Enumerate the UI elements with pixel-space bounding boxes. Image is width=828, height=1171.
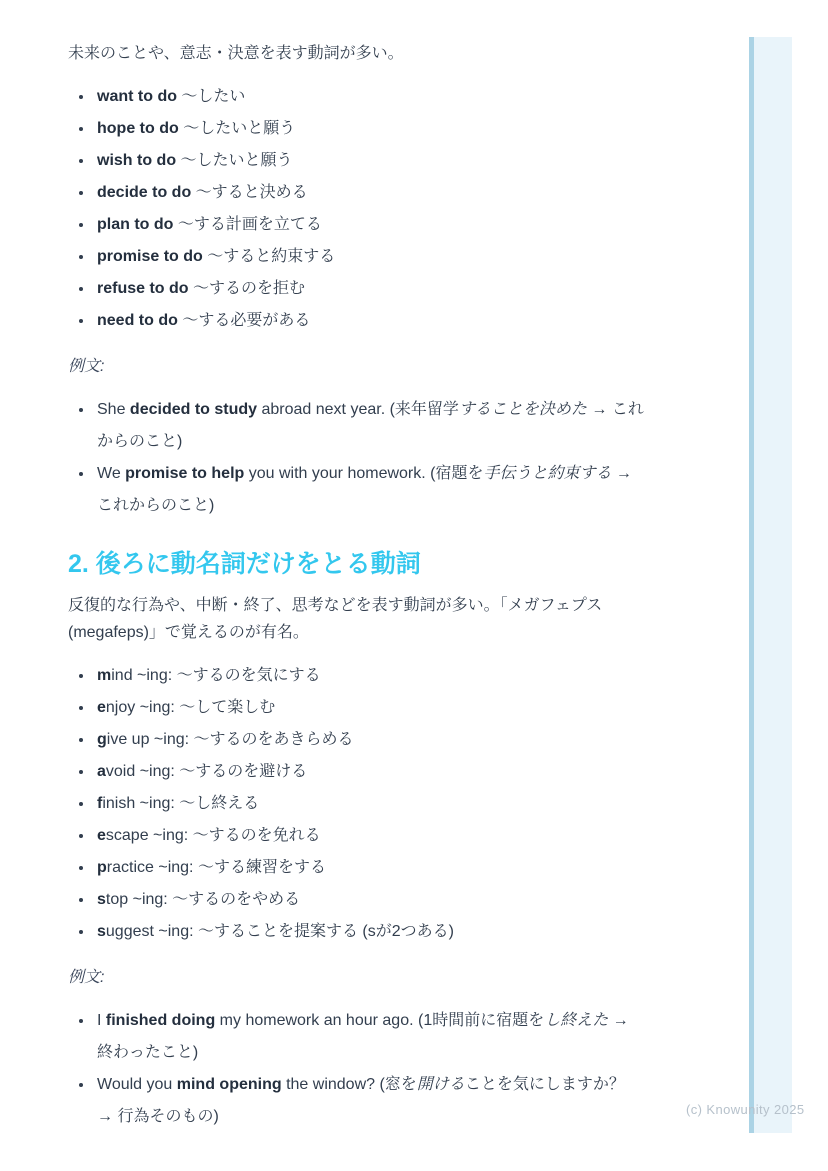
verb-meaning: uggest ~ing: 〜することを提案する (sが2つある) xyxy=(106,923,454,940)
infinitive-verb-list: want to do 〜したい hope to do 〜したいと願う wish … xyxy=(68,81,644,337)
example-item: We promise to help you with your homewor… xyxy=(94,458,644,522)
megafeps-letter: s xyxy=(97,923,106,940)
verb-phrase: want to do xyxy=(97,88,177,105)
watermark: (c) Knowunity 2025 xyxy=(686,1102,804,1117)
examples-label: 例文: xyxy=(68,353,644,380)
megafeps-letter: s xyxy=(97,891,106,908)
section-2-heading: 2. 後ろに動名詞だけをとる動詞 xyxy=(68,548,644,580)
verb-meaning: 〜する計画を立てる xyxy=(173,216,321,233)
list-item: promise to do 〜すると約束する xyxy=(94,241,644,273)
notes-content: 未来のことや、意志・決意を表す動詞が多い。 want to do 〜したい ho… xyxy=(68,40,644,1147)
example-text: you with your homework. (宿題を xyxy=(244,465,483,482)
example-text: She xyxy=(97,401,130,418)
example-item: Would you mind opening the window? (窓を開け… xyxy=(94,1069,644,1133)
example-emphasis: 手伝うと約束する xyxy=(483,465,611,482)
verb-phrase: decide to do xyxy=(97,184,191,201)
example-verb: finished doing xyxy=(106,1012,215,1029)
verb-meaning: 〜したいと願う xyxy=(176,152,292,169)
list-item: refuse to do 〜するのを拒む xyxy=(94,273,644,305)
list-item: hope to do 〜したいと願う xyxy=(94,113,644,145)
verb-meaning: ind ~ing: 〜するのを気にする xyxy=(111,667,320,684)
verb-phrase: need to do xyxy=(97,312,178,329)
verb-meaning: inish ~ing: 〜し終える xyxy=(102,795,259,812)
verb-meaning: 〜したい xyxy=(177,88,245,105)
verb-phrase: refuse to do xyxy=(97,280,189,297)
infinitive-example-list: She decided to study abroad next year. (… xyxy=(68,394,644,522)
example-text: abroad next year. (来年留学 xyxy=(257,401,459,418)
verb-phrase: promise to do xyxy=(97,248,203,265)
list-item: wish to do 〜したいと願う xyxy=(94,145,644,177)
verb-meaning: 〜すると決める xyxy=(191,184,307,201)
example-text: Would you xyxy=(97,1076,177,1093)
examples-label: 例文: xyxy=(68,964,644,991)
list-item: give up ~ing: 〜するのをあきらめる xyxy=(94,724,644,756)
intro-paragraph-infinitive: 未来のことや、意志・決意を表す動詞が多い。 xyxy=(68,40,644,67)
list-item: escape ~ing: 〜するのを免れる xyxy=(94,820,644,852)
megafeps-letter: e xyxy=(97,827,106,844)
verb-meaning: scape ~ing: 〜するのを免れる xyxy=(106,827,321,844)
megafeps-letter: m xyxy=(97,667,111,684)
list-item: plan to do 〜する計画を立てる xyxy=(94,209,644,241)
verb-meaning: 〜する必要がある xyxy=(178,312,310,329)
example-item: I finished doing my homework an hour ago… xyxy=(94,1005,644,1069)
list-item: enjoy ~ing: 〜して楽しむ xyxy=(94,692,644,724)
verb-meaning: 〜するのを拒む xyxy=(189,280,305,297)
example-emphasis: 開ける xyxy=(417,1076,465,1093)
page-edge-strip xyxy=(749,37,792,1133)
list-item: need to do 〜する必要がある xyxy=(94,305,644,337)
verb-phrase: hope to do xyxy=(97,120,179,137)
gerund-verb-list: mind ~ing: 〜するのを気にする enjoy ~ing: 〜して楽しむ … xyxy=(68,660,644,948)
example-item: She decided to study abroad next year. (… xyxy=(94,394,644,458)
list-item: avoid ~ing: 〜するのを避ける xyxy=(94,756,644,788)
example-verb: decided to study xyxy=(130,401,257,418)
megafeps-letter: e xyxy=(97,699,106,716)
list-item: want to do 〜したい xyxy=(94,81,644,113)
megafeps-letter: g xyxy=(97,731,107,748)
example-verb: mind opening xyxy=(177,1076,282,1093)
example-text: I xyxy=(97,1012,106,1029)
verb-meaning: ive up ~ing: 〜するのをあきらめる xyxy=(107,731,354,748)
list-item: suggest ~ing: 〜することを提案する (sが2つある) xyxy=(94,916,644,948)
example-text: the window? (窓を xyxy=(282,1076,417,1093)
list-item: finish ~ing: 〜し終える xyxy=(94,788,644,820)
example-text: We xyxy=(97,465,125,482)
example-emphasis: し終えた xyxy=(544,1012,608,1029)
verb-meaning: 〜すると約束する xyxy=(203,248,335,265)
verb-meaning: njoy ~ing: 〜して楽しむ xyxy=(106,699,275,716)
verb-phrase: plan to do xyxy=(97,216,173,233)
list-item: stop ~ing: 〜するのをやめる xyxy=(94,884,644,916)
verb-phrase: wish to do xyxy=(97,152,176,169)
verb-meaning: 〜したいと願う xyxy=(179,120,295,137)
example-text: my homework an hour ago. (1時間前に宿題を xyxy=(215,1012,544,1029)
example-emphasis: することを決めた xyxy=(459,401,587,418)
verb-meaning: ractice ~ing: 〜する練習をする xyxy=(107,859,326,876)
example-verb: promise to help xyxy=(125,465,244,482)
list-item: decide to do 〜すると決める xyxy=(94,177,644,209)
megafeps-letter: p xyxy=(97,859,107,876)
intro-paragraph-gerund: 反復的な行為や、中断・終了、思考などを表す動詞が多い。「メガフェプス (mega… xyxy=(68,592,644,646)
list-item: practice ~ing: 〜する練習をする xyxy=(94,852,644,884)
megafeps-letter: a xyxy=(97,763,106,780)
list-item: mind ~ing: 〜するのを気にする xyxy=(94,660,644,692)
verb-meaning: top ~ing: 〜するのをやめる xyxy=(106,891,300,908)
verb-meaning: void ~ing: 〜するのを避ける xyxy=(106,763,307,780)
gerund-example-list: I finished doing my homework an hour ago… xyxy=(68,1005,644,1133)
